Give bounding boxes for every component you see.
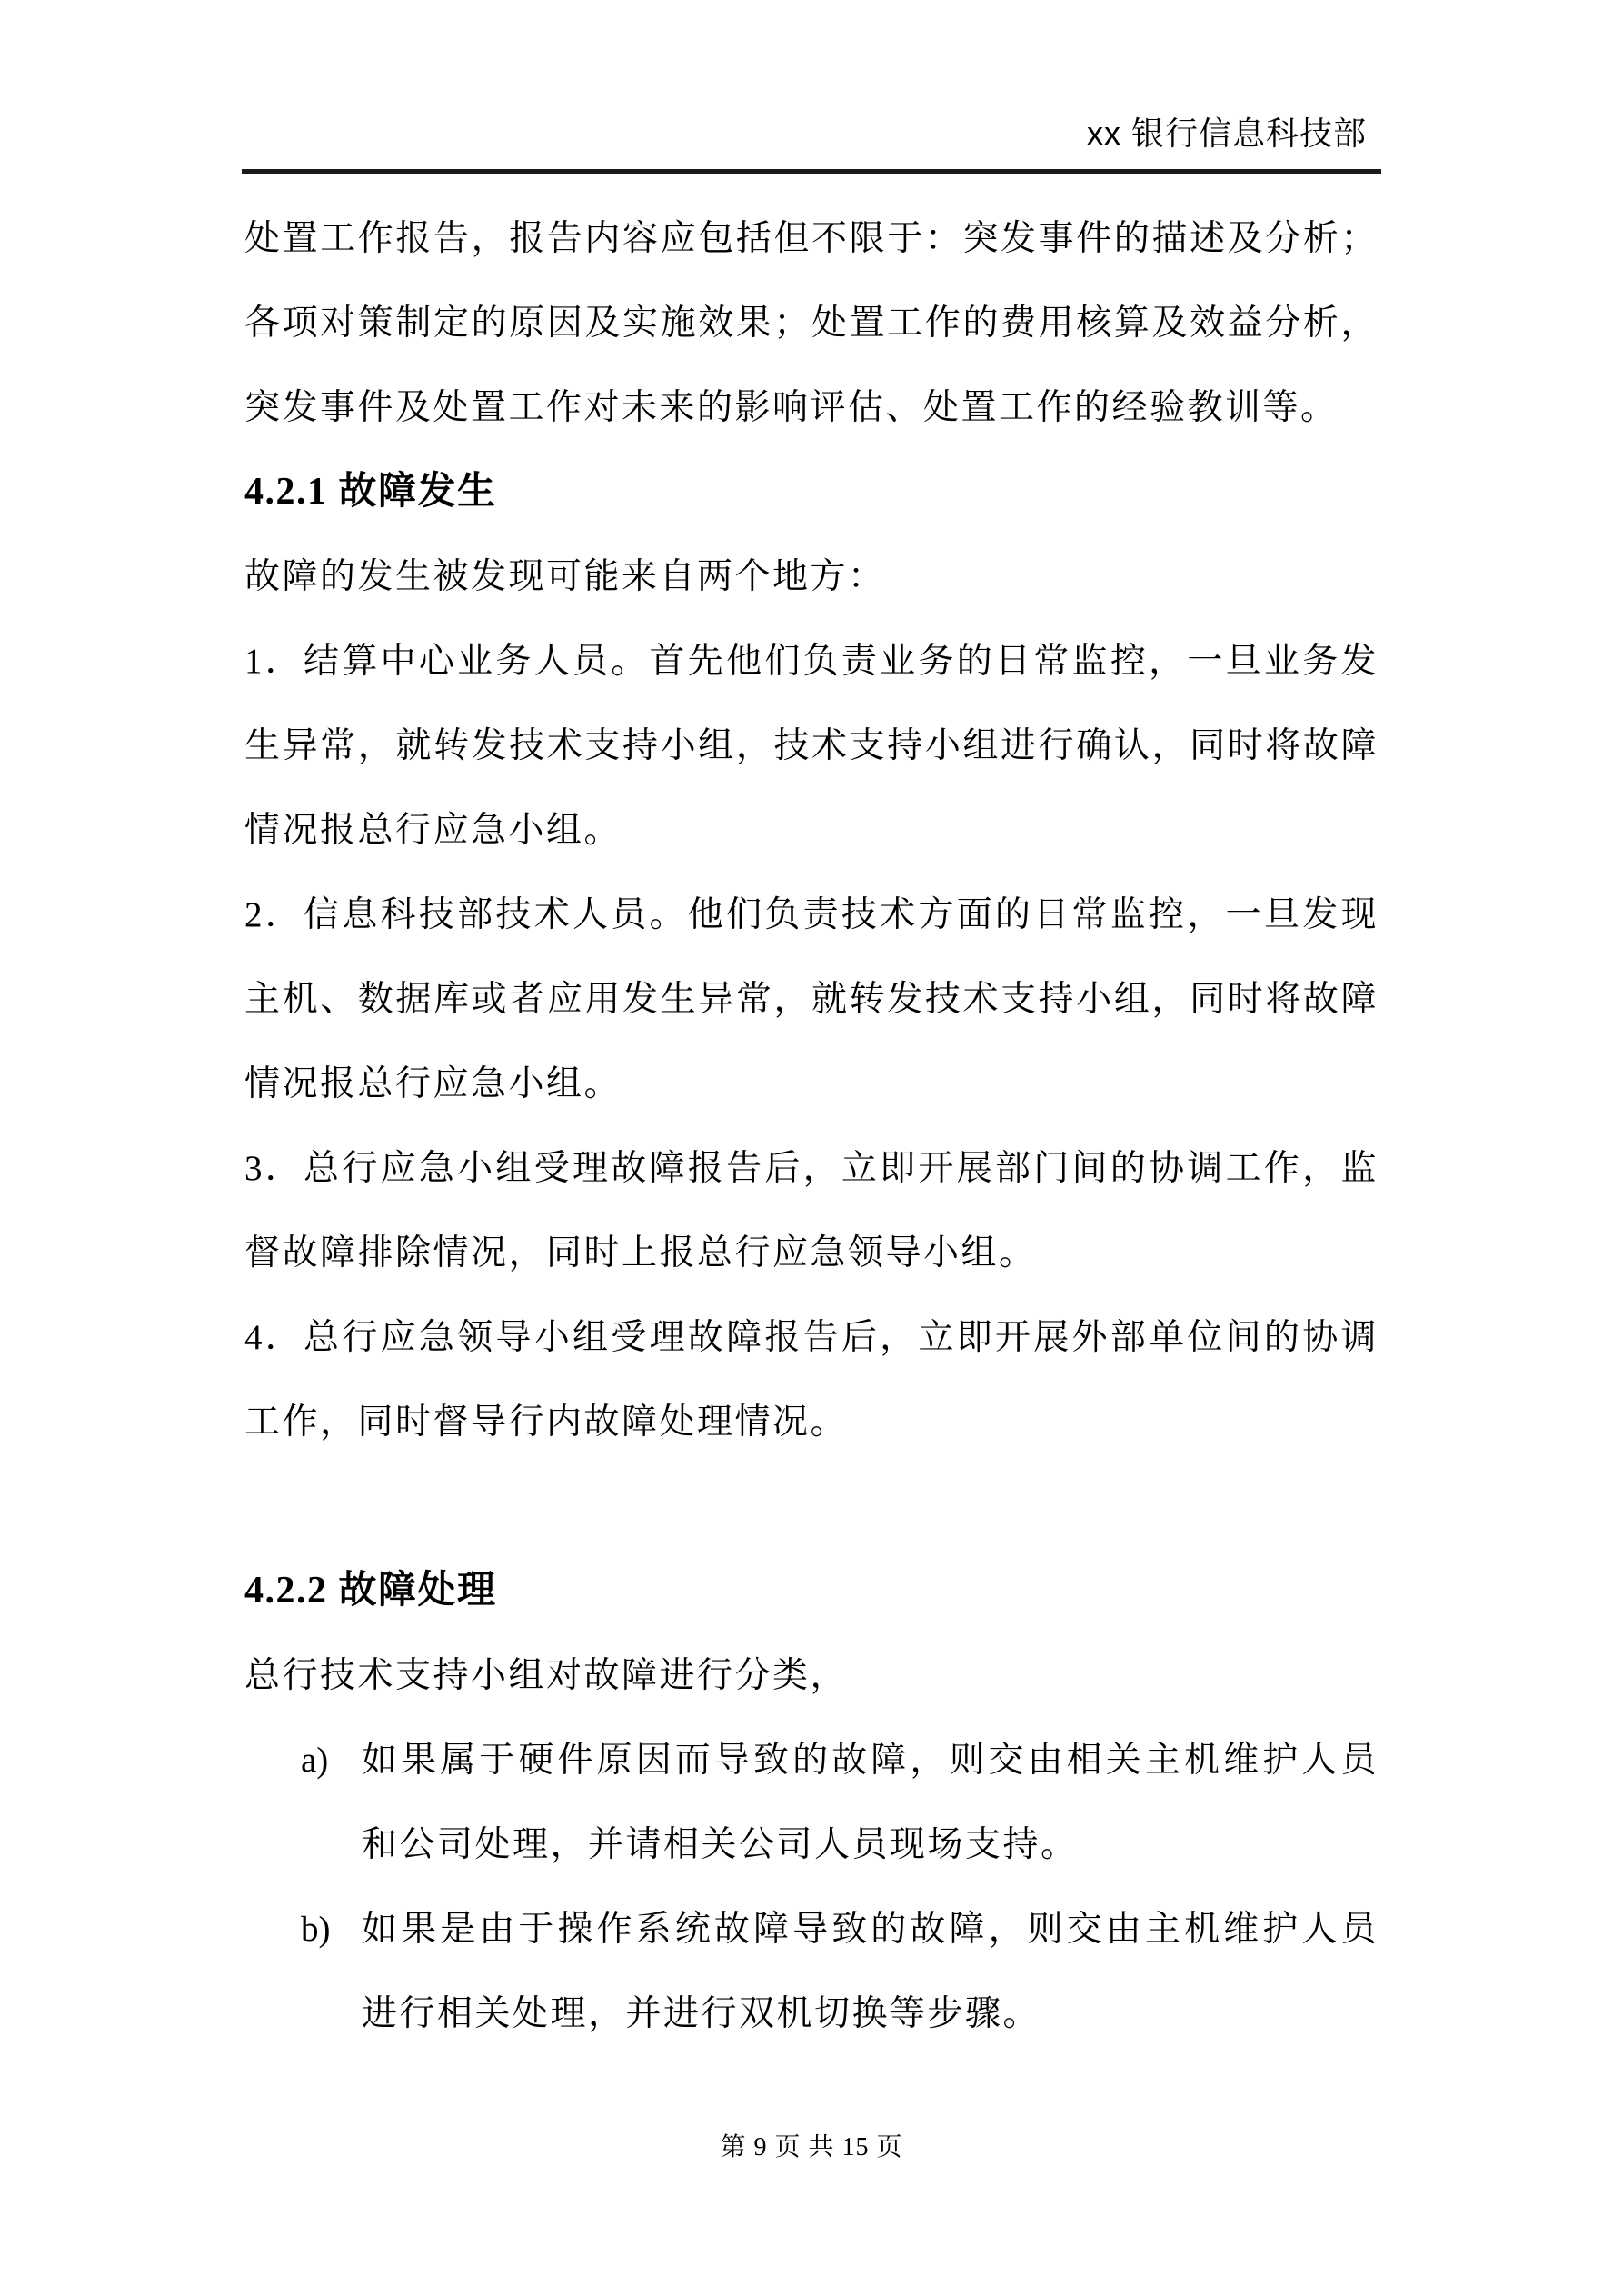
numbered-item-1: 1．结算中心业务人员。首先他们负责业务的日常监控，一旦业务发生异常，就转发技术支… — [244, 619, 1379, 873]
numbered-item-4: 4．总行应急领导小组受理故障报告后，立即开展外部单位间的协调工作，同时督导行内故… — [244, 1295, 1379, 1464]
alpha-marker-a: a) — [301, 1718, 328, 1802]
section-heading-4-2-1: 4.2.1 故障发生 — [244, 450, 1379, 534]
document-page: xx 银行信息科技部 处置工作报告，报告内容应包括但不限于：突发事件的描述及分析… — [0, 0, 1623, 2296]
section-heading-4-2-2: 4.2.2 故障处理 — [244, 1549, 1379, 1633]
page-header: xx 银行信息科技部 — [242, 113, 1381, 174]
document-body: 处置工作报告，报告内容应包括但不限于：突发事件的描述及分析；各项对策制定的原因及… — [244, 196, 1379, 2056]
section1-lead-paragraph: 故障的发生被发现可能来自两个地方： — [244, 534, 1379, 619]
section2-lead-paragraph: 总行技术支持小组对故障进行分类， — [244, 1633, 1379, 1718]
alpha-text-a: 如果属于硬件原因而导致的故障，则交由相关主机维护人员和公司处理，并请相关公司人员… — [362, 1741, 1379, 1864]
alpha-text-b: 如果是由于操作系统故障导致的故障，则交由主机维护人员进行相关处理，并进行双机切换… — [362, 1910, 1379, 2033]
page-footer: 第 9 页 共 15 页 — [0, 2129, 1623, 2167]
numbered-item-3: 3．总行应急小组受理故障报告后，立即开展部门间的协调工作，监督故障排除情况，同时… — [244, 1126, 1379, 1295]
page-number: 第 9 页 共 15 页 — [720, 2133, 902, 2161]
alpha-marker-b: b) — [301, 1887, 331, 1972]
blank-line — [244, 1464, 1379, 1549]
alpha-item-a: a) 如果属于硬件原因而导致的故障，则交由相关主机维护人员和公司处理，并请相关公… — [244, 1718, 1379, 1887]
department-title: xx 银行信息科技部 — [242, 113, 1381, 155]
numbered-item-2: 2．信息科技部技术人员。他们负责技术方面的日常监控，一旦发现主机、数据库或者应用… — [244, 873, 1379, 1126]
alpha-item-b: b) 如果是由于操作系统故障导致的故障，则交由主机维护人员进行相关处理，并进行双… — [244, 1887, 1379, 2056]
intro-paragraph: 处置工作报告，报告内容应包括但不限于：突发事件的描述及分析；各项对策制定的原因及… — [244, 196, 1379, 450]
